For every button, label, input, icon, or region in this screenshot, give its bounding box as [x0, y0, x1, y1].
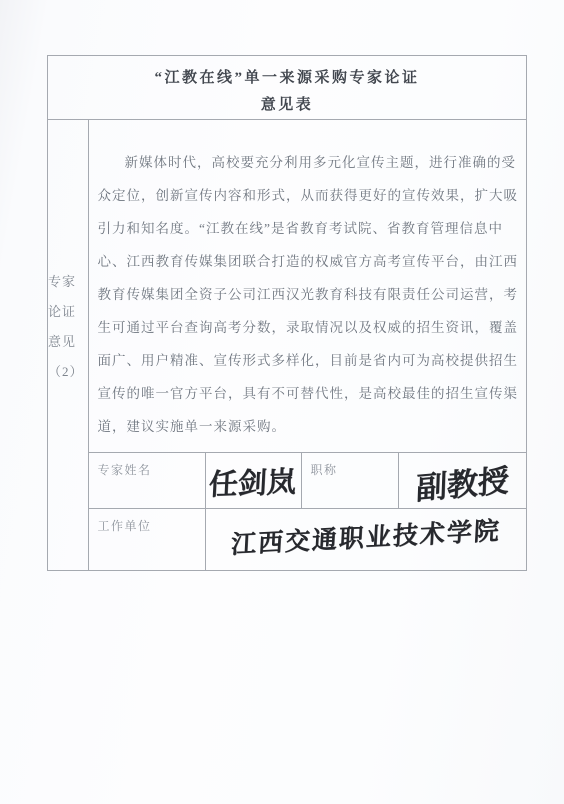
section-label-expert-opinion: 专家论证 意见（2）	[48, 120, 89, 570]
expert-name-signature-cell: 任剑岚	[206, 453, 302, 508]
opinion-line: 心、江西教育传媒集团联合打造的权威官方高考宣传平台，由江西	[98, 245, 519, 278]
section-label-line2: 意见（2）	[48, 327, 88, 387]
expert-name-row: 专家姓名 任剑岚 职称 副教授	[89, 453, 527, 509]
job-title-label: 职称	[311, 463, 338, 477]
opinion-line: 教育传媒集团全资子公司江西汉光教育科技有限责任公司运营，考	[98, 278, 519, 311]
work-unit-signature: 江西交通职业技术学院	[230, 510, 502, 560]
form-content-column: 新媒体时代，高校要充分利用多元化宣传主题，进行准确的受 众定位，创新宣传内容和形…	[89, 120, 527, 570]
form-body: 专家论证 意见（2） 新媒体时代，高校要充分利用多元化宣传主题，进行准确的受 众…	[48, 120, 526, 570]
opinion-line: 引力和知名度。“江教在线”是省教育考试院、省教育管理信息中	[98, 212, 519, 245]
job-title-signature-cell: 副教授	[399, 453, 527, 508]
form-title-line2: 意见表	[48, 92, 526, 119]
opinion-text: 新媒体时代，高校要充分利用多元化宣传主题，进行准确的受 众定位，创新宣传内容和形…	[89, 120, 527, 453]
opinion-line: 面广、用户精准、宣传形式多样化，目前是省内可为高校提供招生	[98, 344, 519, 377]
form-title: “江教在线”单一来源采购专家论证 意见表	[48, 56, 526, 120]
opinion-line: 道，建议实施单一来源采购。	[98, 410, 519, 443]
job-title-label-cell: 职称	[302, 453, 399, 508]
work-unit-signature-cell: 江西交通职业技术学院	[206, 509, 527, 570]
form-title-line1: “江教在线”单一来源采购专家论证	[48, 65, 526, 92]
opinion-line: 新媒体时代，高校要充分利用多元化宣传主题，进行准确的受	[98, 146, 519, 179]
work-unit-label: 工作单位	[98, 519, 152, 533]
work-unit-label-cell: 工作单位	[89, 509, 206, 570]
expert-name-label: 专家姓名	[98, 463, 152, 477]
work-unit-row: 工作单位 江西交通职业技术学院	[89, 509, 527, 570]
opinion-form-table: “江教在线”单一来源采购专家论证 意见表 专家论证 意见（2） 新媒体时代，高校…	[47, 55, 527, 571]
expert-name-signature: 任剑岚	[208, 459, 297, 503]
opinion-line: 生可通过平台查询高考分数，录取情况以及权威的招生资讯，覆盖	[98, 311, 519, 344]
section-label-line1: 专家论证	[48, 267, 88, 327]
opinion-line: 众定位，创新宣传内容和形式，从而获得更好的宣传效果，扩大吸	[98, 179, 519, 212]
document-page: “江教在线”单一来源采购专家论证 意见表 专家论证 意见（2） 新媒体时代，高校…	[0, 0, 564, 804]
opinion-line: 宣传的唯一官方平台，具有不可替代性，是高校最佳的招生宣传渠	[98, 377, 519, 410]
expert-name-label-cell: 专家姓名	[89, 453, 206, 508]
job-title-signature: 副教授	[415, 455, 509, 508]
